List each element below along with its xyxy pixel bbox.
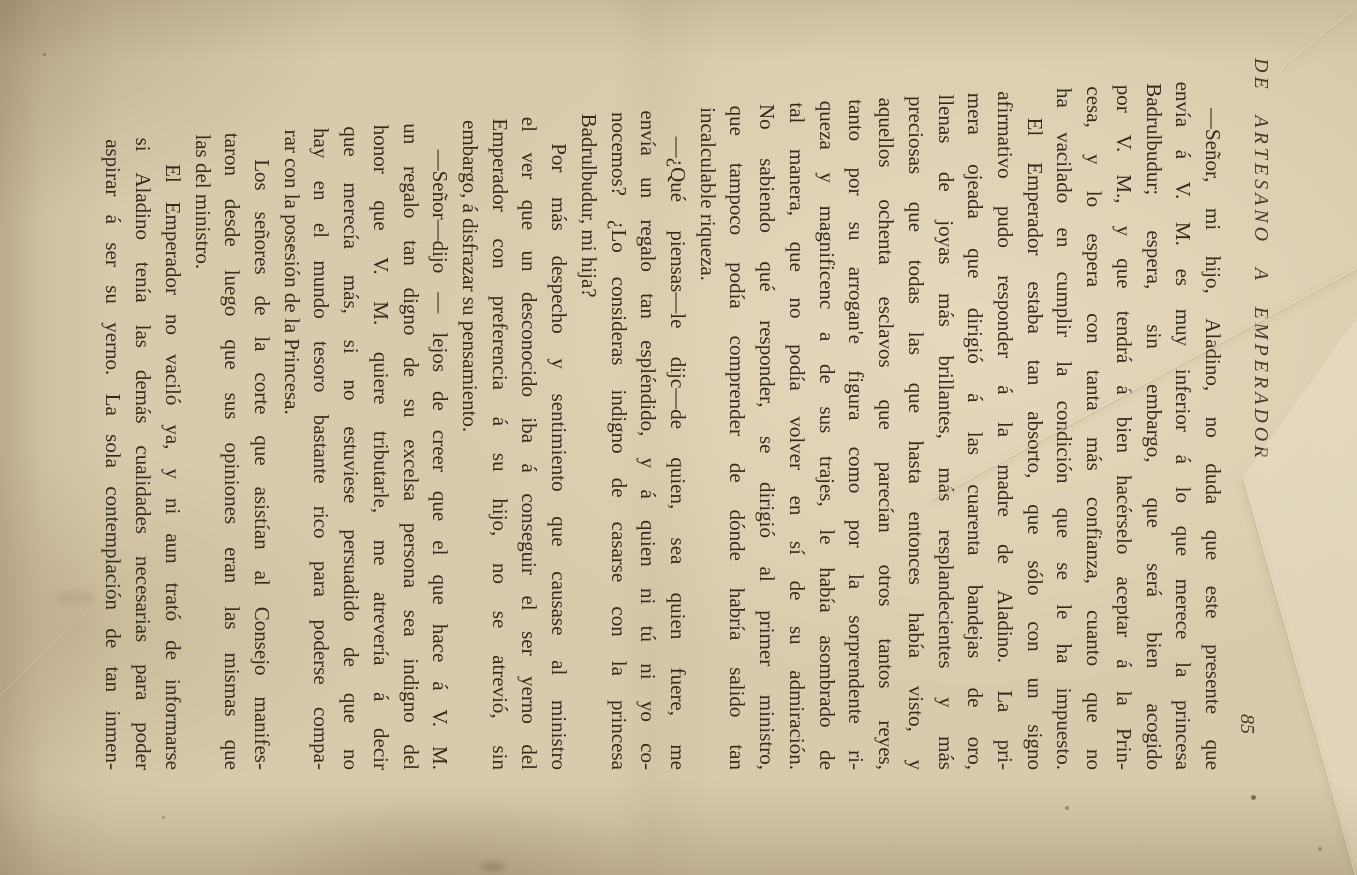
book-page-scan: DE ARTESANO A EMPERADOR 85 —Señor, mi hi… — [0, 0, 1357, 875]
text-line-9: mera ojeada que dirigió á las cuarenta b… — [960, 93, 990, 770]
text-line-21: nocemos? ¿Lo consideras indigno de casar… — [603, 112, 633, 770]
text-line-1: —Señor, mi hijo, Aladino, no duda que es… — [1197, 80, 1227, 770]
text-line-33: Los señores de la corte que asistían al … — [246, 131, 276, 770]
text-line-26: embargo, á disfrazar su pensamiento. — [454, 120, 484, 770]
text-line-11: preciosas que todas las que hasta entonc… — [900, 96, 930, 770]
text-line-37: si Aladino tenía las demás cualidades ne… — [127, 138, 157, 770]
text-line-15: tal manera, que no podía volver en sí de… — [781, 102, 811, 770]
running-head-title: DE ARTESANO A EMPERADOR — [1249, 58, 1272, 461]
text-line-25: Emperador con preferencia á su hijo, no … — [484, 118, 514, 770]
text-line-4: por V. M., y que tendrá á bien hacérselo… — [1108, 85, 1138, 770]
text-line-32: rar con la posesión de la Princesa. — [276, 130, 306, 770]
text-line-38: aspirar á ser su yerno. La sola contempl… — [98, 139, 128, 770]
text-line-30: que merecía más, si no estuviese persuad… — [335, 126, 365, 770]
text-line-22: Badrulbudur, mi hija? — [573, 114, 603, 770]
page-text-block: —Señor, mi hijo, Aladino, no duda que es… — [98, 80, 1227, 770]
page-number: 85 — [1235, 714, 1258, 734]
text-line-19: —¿Qué piensas—le dijc—de quien, sea quie… — [662, 109, 692, 770]
text-line-34: taron desde luego que sus opiniones eran… — [217, 133, 247, 770]
text-line-36: El Emperador no vaciló ya, y ni aun trat… — [157, 136, 187, 770]
text-line-14: queza y magnificenc a de sus trajes, le … — [811, 101, 841, 770]
rotated-page: DE ARTESANO A EMPERADOR 85 —Señor, mi hi… — [0, 0, 1357, 875]
text-line-10: llenas de joyas más brillantes, más resp… — [930, 94, 960, 770]
text-line-3: Badrulbudur; espera, sin embargo, que se… — [1138, 83, 1168, 770]
text-line-20: envía un regalo tan espléndido, y á quie… — [633, 110, 663, 770]
text-line-16: No sabiendo qué responder, se dirigió al… — [752, 104, 782, 770]
text-line-24: el ver que un desconocido iba á consegui… — [514, 117, 544, 770]
text-line-18: incalculable riqueza. — [692, 107, 722, 770]
text-line-29: honor que V. M. quiere tributarle, me at… — [365, 125, 395, 770]
text-line-8: afirmativo pudo responder á la madre de … — [989, 91, 1019, 770]
text-line-17: que tampoco podía comprender de dónde ha… — [722, 106, 752, 770]
text-line-28: un regalo tan digno de su excelsa person… — [395, 123, 425, 770]
text-line-31: hay en el mundo tesoro bastante rico par… — [306, 128, 336, 770]
text-line-5: cesa, y lo espera con tanta más confianz… — [1078, 86, 1108, 770]
text-line-2: envía á V. M. es muy inferior á lo que m… — [1168, 82, 1198, 770]
text-line-12: aquellos ochenta esclavos que parecían o… — [870, 98, 900, 770]
text-line-23: Por más despecho y sentimiento que causa… — [543, 115, 573, 770]
text-line-13: tanto por su arrogan'e figura como por l… — [841, 99, 871, 770]
text-line-27: —Señor—dijo — lejos de creer que el que … — [425, 122, 455, 770]
text-line-7: El Emperador estaba tan absorto, que sól… — [1019, 90, 1049, 770]
text-line-35: las del ministro. — [187, 134, 217, 770]
text-line-6: ha vacilado en cumplir la condición que … — [1049, 88, 1079, 770]
